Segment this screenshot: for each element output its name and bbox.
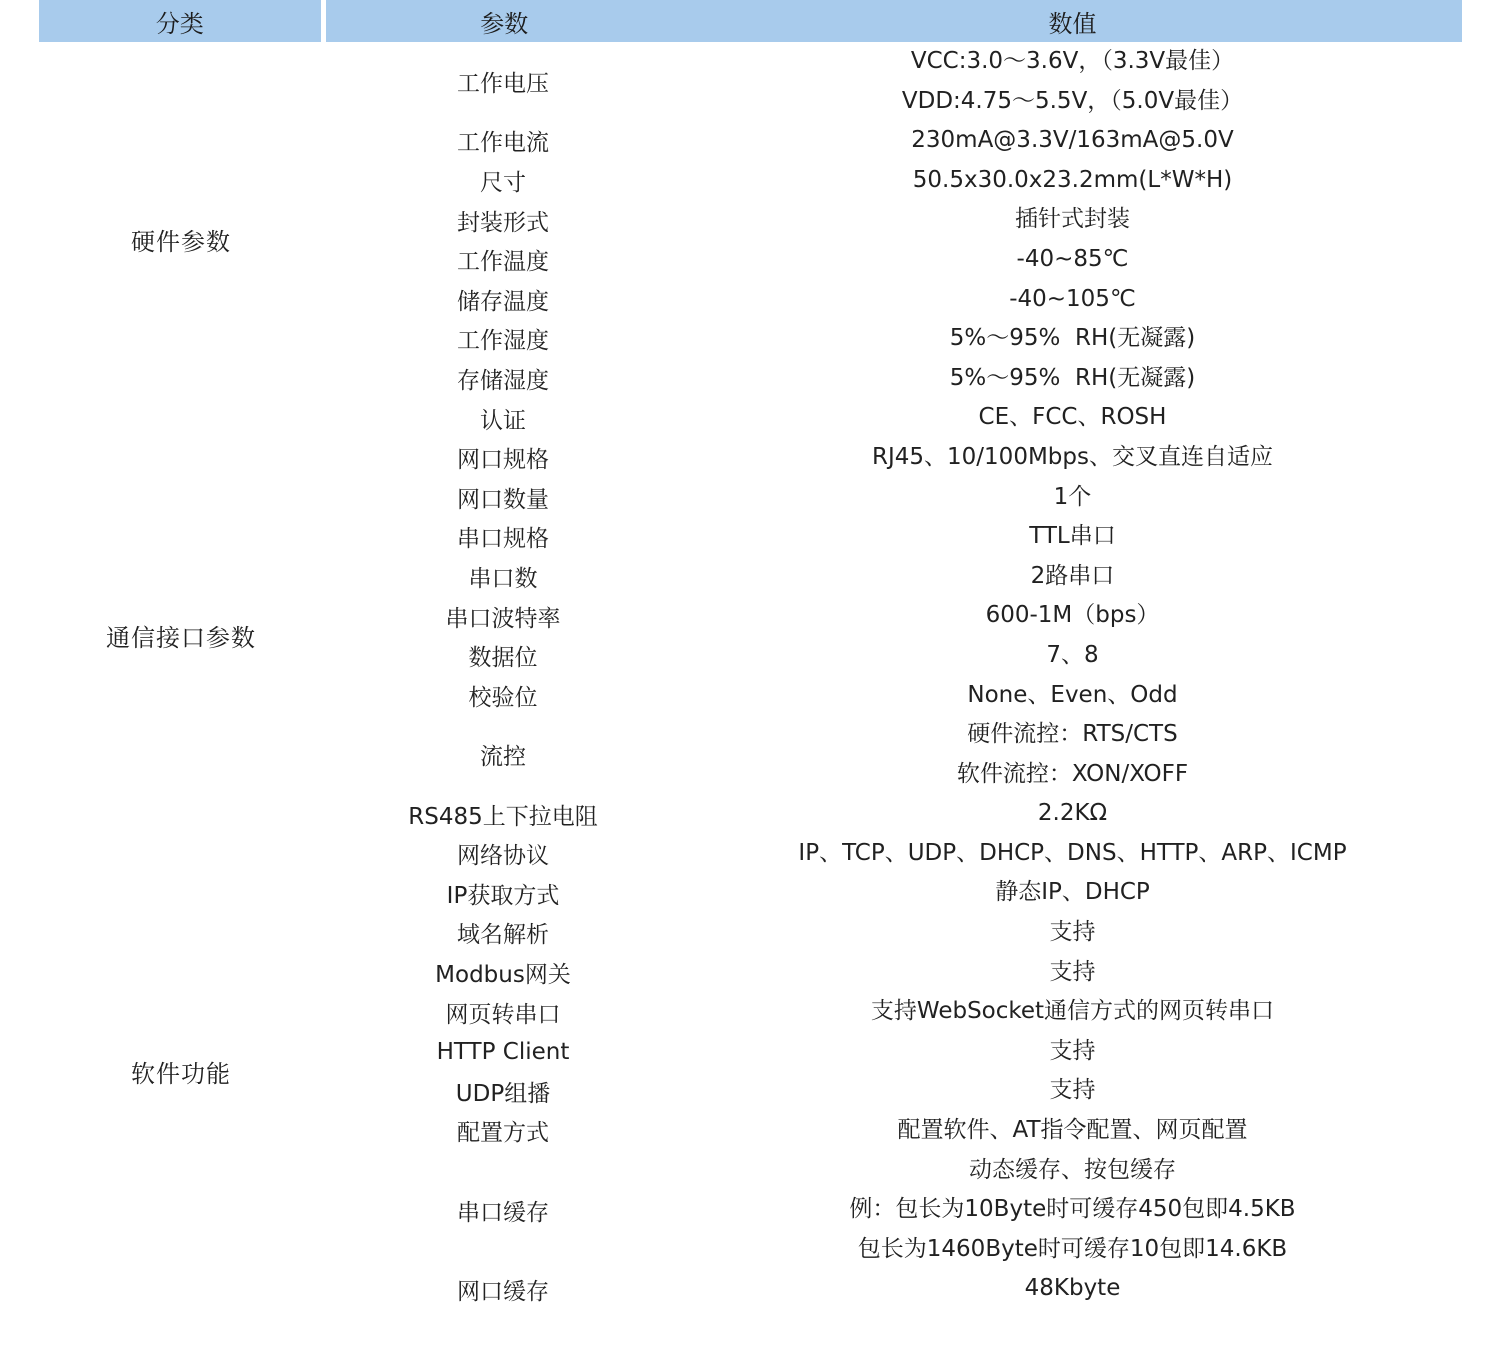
value-line: 230mA@3.3V/163mA@5.0V [683,121,1462,161]
value-cell: 5%～95% RH(无凝露) [683,359,1462,399]
param-cell: 工作电流 [323,121,683,161]
value-line: 硬件流控：RTS/CTS [683,715,1462,755]
value-line: VCC:3.0～3.6V，（3.3V最佳） [683,42,1462,82]
value-cell: 硬件流控：RTS/CTS软件流控：XON/XOFF [683,715,1462,794]
value-cell: 600-1M（bps） [683,596,1462,636]
value-cell: 支持 [683,1032,1462,1072]
value-line: VDD:4.75～5.5V，（5.0V最佳） [683,82,1462,122]
column-header-category: 分类 [39,0,323,42]
value-line: 软件流控：XON/XOFF [683,755,1462,795]
value-cell: TTL串口 [683,517,1462,557]
param-cell: 尺寸 [323,161,683,201]
param-cell: 配置方式 [323,1111,683,1151]
param-cell: 工作湿度 [323,319,683,359]
value-cell: 配置软件、AT指令配置、网页配置 [683,1111,1462,1151]
value-line: None、Even、Odd [683,676,1462,716]
value-line: 2路串口 [683,557,1462,597]
value-cell: 48Kbyte [683,1269,1462,1309]
value-line: RJ45、10/100Mbps、交叉直连自适应 [683,438,1462,478]
value-cell: 静态IP、DHCP [683,873,1462,913]
value-cell: 插针式封装 [683,200,1462,240]
value-line: -40~105℃ [683,280,1462,320]
param-cell: Modbus网关 [323,953,683,993]
value-cell: CE、FCC、ROSH [683,398,1462,438]
value-line: 支持WebSocket通信方式的网页转串口 [683,992,1462,1032]
value-cell: 支持 [683,953,1462,993]
value-cell: 支持 [683,1071,1462,1111]
table-row: 硬件参数工作电压VCC:3.0～3.6V，（3.3V最佳）VDD:4.75～5.… [39,42,1462,121]
value-line: 例：包长为10Byte时可缓存450包即4.5KB [683,1190,1462,1230]
param-cell: 工作电压 [323,42,683,121]
column-header-parameter: 参数 [323,0,683,42]
value-cell: 2路串口 [683,557,1462,597]
value-cell: 1个 [683,478,1462,518]
spec-table: 分类 参数 数值 硬件参数工作电压VCC:3.0～3.6V，（3.3V最佳）VD… [39,0,1462,1309]
category-cell: 硬件参数 [39,42,323,438]
param-cell: 串口波特率 [323,596,683,636]
param-cell: RS485上下拉电阻 [323,794,683,834]
value-line: 1个 [683,478,1462,518]
value-line: 插针式封装 [683,200,1462,240]
param-cell: 网络协议 [323,834,683,874]
param-cell: UDP组播 [323,1071,683,1111]
value-line: 动态缓存、按包缓存 [683,1151,1462,1191]
value-cell: 支持 [683,913,1462,953]
param-cell: IP获取方式 [323,873,683,913]
value-line: 配置软件、AT指令配置、网页配置 [683,1111,1462,1151]
param-cell: 网口数量 [323,478,683,518]
value-cell: 动态缓存、按包缓存例：包长为10Byte时可缓存450包即4.5KB包长为146… [683,1151,1462,1270]
value-cell: 50.5x30.0x23.2mm(L*W*H) [683,161,1462,201]
value-line: 50.5x30.0x23.2mm(L*W*H) [683,161,1462,201]
category-cell: 通信接口参数 [39,438,323,834]
param-cell: 封装形式 [323,200,683,240]
param-cell: 串口规格 [323,517,683,557]
value-cell: VCC:3.0～3.6V，（3.3V最佳）VDD:4.75～5.5V，（5.0V… [683,42,1462,121]
value-line: 5%～95% RH(无凝露) [683,359,1462,399]
value-cell: IP、TCP、UDP、DHCP、DNS、HTTP、ARP、ICMP [683,834,1462,874]
param-cell: 存储湿度 [323,359,683,399]
value-cell: 7、8 [683,636,1462,676]
param-cell: 网页转串口 [323,992,683,1032]
table-row: 软件功能网络协议IP、TCP、UDP、DHCP、DNS、HTTP、ARP、ICM… [39,834,1462,874]
param-cell: 流控 [323,715,683,794]
value-line: 支持 [683,953,1462,993]
value-line: 2.2KΩ [683,794,1462,834]
value-cell: 5%～95% RH(无凝露) [683,319,1462,359]
param-cell: 认证 [323,398,683,438]
param-cell: 储存温度 [323,280,683,320]
param-cell: 网口缓存 [323,1269,683,1309]
value-line: IP、TCP、UDP、DHCP、DNS、HTTP、ARP、ICMP [683,834,1462,874]
param-cell: 串口缓存 [323,1151,683,1270]
param-cell: 校验位 [323,676,683,716]
spec-table-body: 硬件参数工作电压VCC:3.0～3.6V，（3.3V最佳）VDD:4.75～5.… [39,42,1462,1309]
value-line: 48Kbyte [683,1269,1462,1309]
value-line: 静态IP、DHCP [683,873,1462,913]
column-header-value: 数值 [683,0,1462,42]
value-line: 支持 [683,1032,1462,1072]
value-line: TTL串口 [683,517,1462,557]
table-row: 通信接口参数网口规格RJ45、10/100Mbps、交叉直连自适应 [39,438,1462,478]
value-line: CE、FCC、ROSH [683,398,1462,438]
value-cell: 支持WebSocket通信方式的网页转串口 [683,992,1462,1032]
spec-sheet: 分类 参数 数值 硬件参数工作电压VCC:3.0～3.6V，（3.3V最佳）VD… [0,0,1500,1347]
value-cell: RJ45、10/100Mbps、交叉直连自适应 [683,438,1462,478]
value-cell: 2.2KΩ [683,794,1462,834]
param-cell: HTTP Client [323,1032,683,1072]
value-cell: 230mA@3.3V/163mA@5.0V [683,121,1462,161]
value-line: 支持 [683,1071,1462,1111]
param-cell: 网口规格 [323,438,683,478]
param-cell: 串口数 [323,557,683,597]
value-line: 5%～95% RH(无凝露) [683,319,1462,359]
header-row: 分类 参数 数值 [39,0,1462,42]
value-line: 包长为1460Byte时可缓存10包即14.6KB [683,1230,1462,1270]
param-cell: 工作温度 [323,240,683,280]
value-line: 600-1M（bps） [683,596,1462,636]
value-line: 支持 [683,913,1462,953]
param-cell: 域名解析 [323,913,683,953]
value-cell: None、Even、Odd [683,676,1462,716]
value-cell: -40~85℃ [683,240,1462,280]
value-line: -40~85℃ [683,240,1462,280]
category-cell: 软件功能 [39,834,323,1309]
value-line: 7、8 [683,636,1462,676]
param-cell: 数据位 [323,636,683,676]
value-cell: -40~105℃ [683,280,1462,320]
